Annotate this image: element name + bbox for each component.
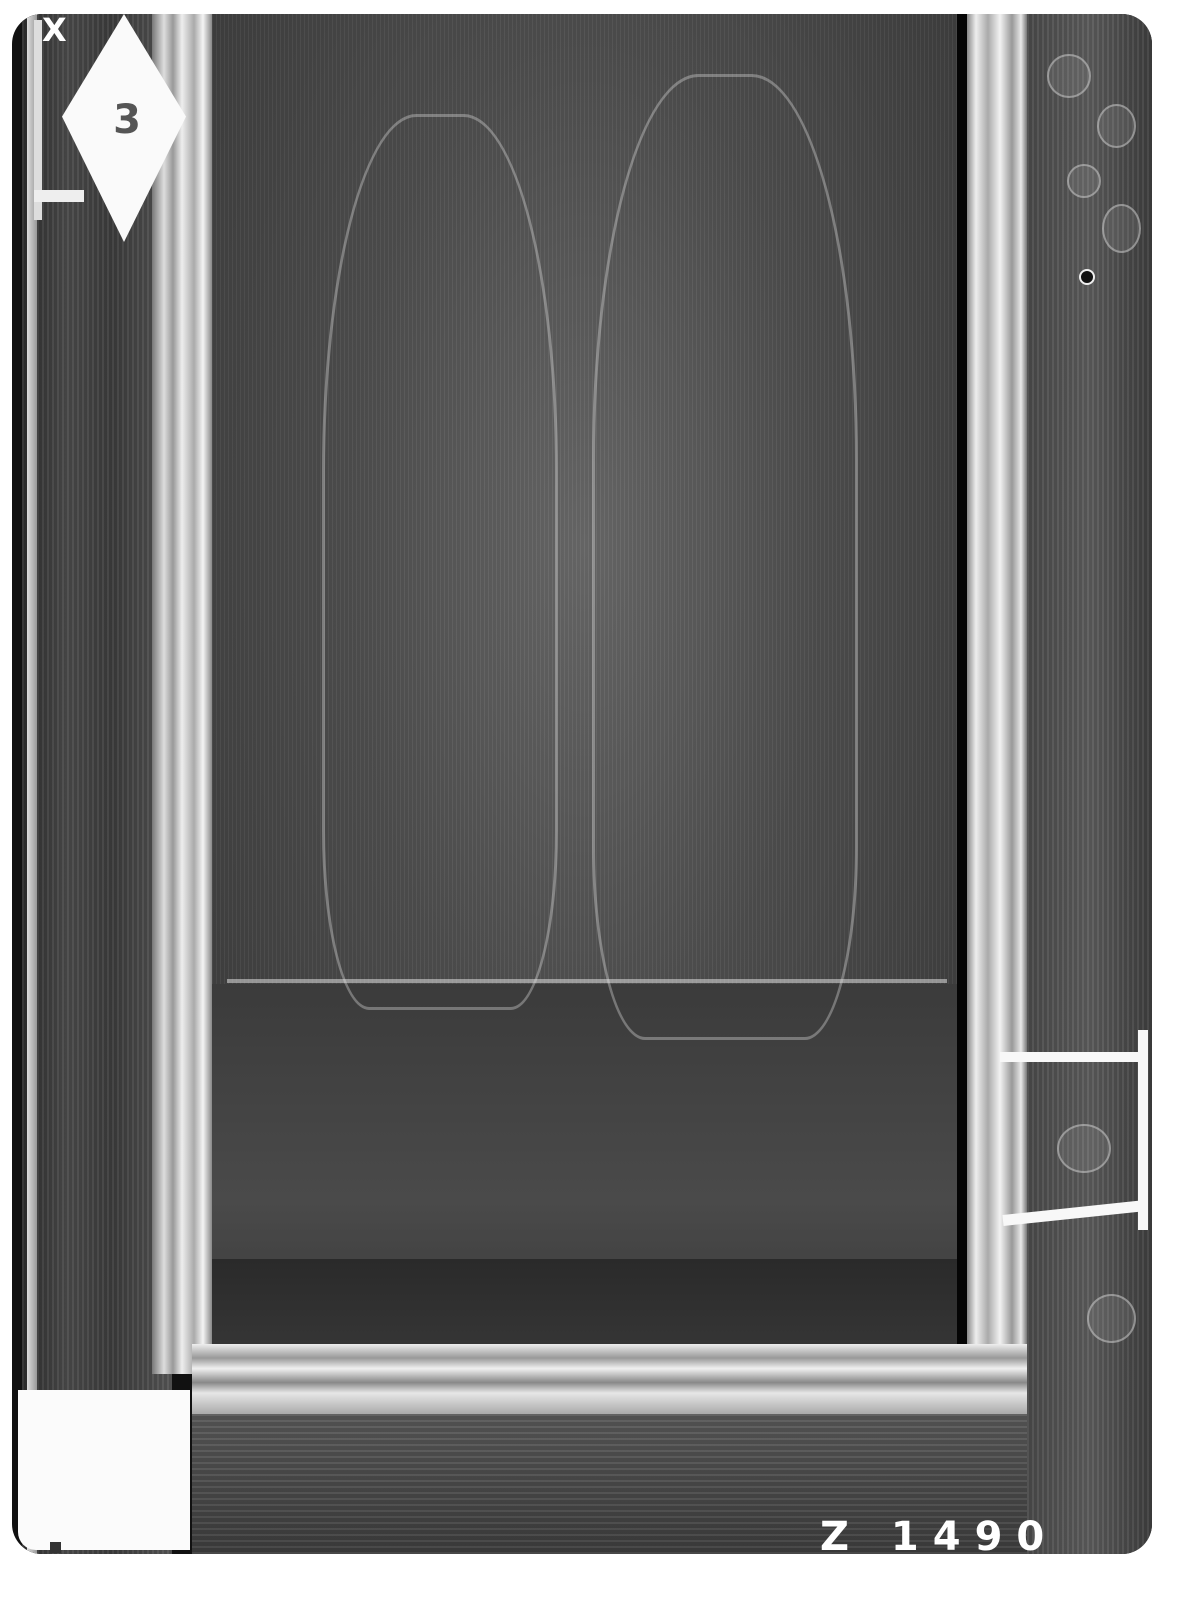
blank-label [18, 1390, 190, 1550]
central-panel [212, 14, 957, 1344]
ornament-blob [1097, 104, 1136, 148]
left-edge-highlight [27, 14, 37, 1554]
diamond-label-glyph: 3 [112, 92, 142, 148]
nail-hole-icon [1079, 269, 1095, 285]
ghost-figure-right [592, 74, 858, 1040]
right-frame-molding [967, 14, 1027, 1384]
xray-plate [12, 14, 1152, 1554]
ornament-blob [1057, 1124, 1111, 1173]
panel-base-band [212, 1259, 957, 1344]
marker-strip-right-top [1000, 1052, 1145, 1062]
ornament-blob [1047, 54, 1091, 98]
ornament-blob [1067, 164, 1101, 198]
ghost-figure-left [322, 114, 558, 1010]
ornament-blob [1087, 1294, 1136, 1343]
ornament-blob [1102, 204, 1141, 253]
right-rail [1027, 14, 1152, 1554]
label-marker-dot [50, 1542, 61, 1553]
marker-strip-horizontal [34, 190, 84, 202]
left-rail [22, 14, 172, 1554]
bottom-frame-molding [192, 1344, 1027, 1414]
inventory-number: Z 1490 [820, 1515, 1058, 1559]
corner-letter: X [42, 12, 67, 48]
marker-strip-right-vertical [1138, 1030, 1148, 1230]
left-frame-molding [152, 14, 212, 1374]
